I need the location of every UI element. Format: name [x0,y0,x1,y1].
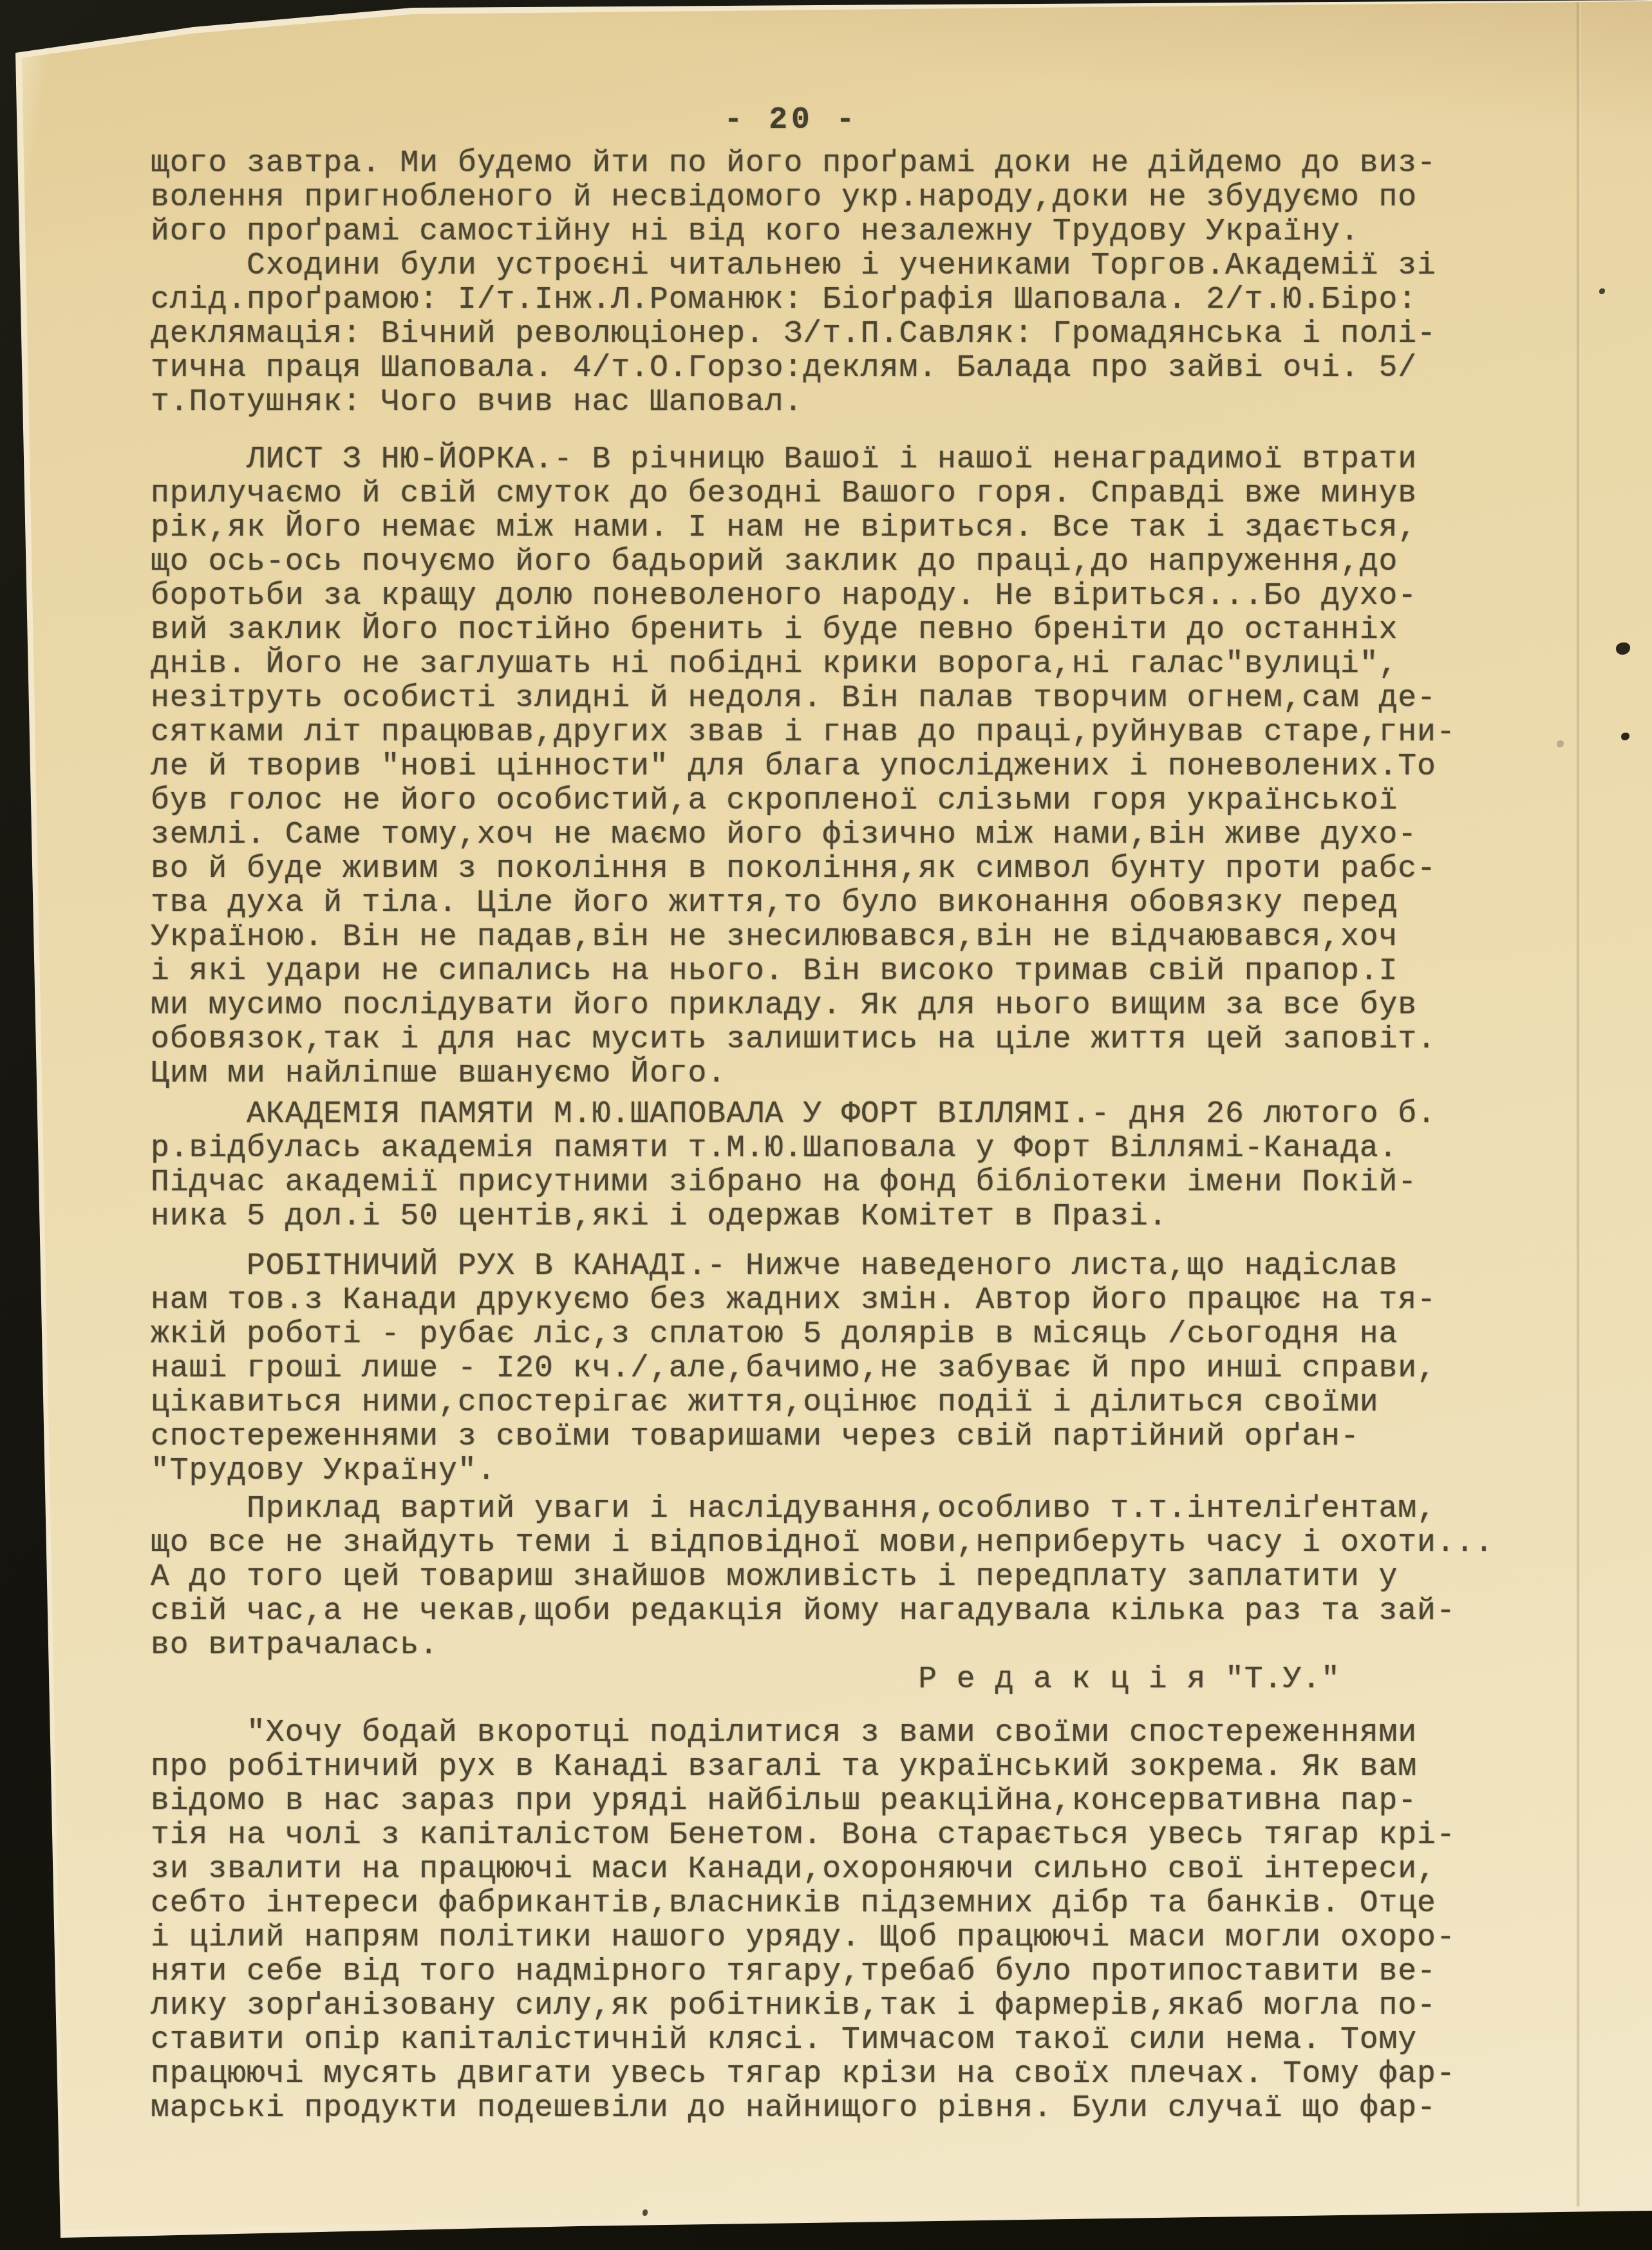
paper-blemish [1557,740,1564,747]
text-line: його проґрамі самостійну ні від кого нез… [151,215,1561,249]
paragraph-letter-quote: "Хочу бодай вкоротці поділитися з вами с… [151,1716,1561,2126]
text-line: ставити опір капіталістичній клясі. Тимч… [151,2023,1561,2058]
paragraph-academy-fort-william: АКАДЕМІЯ ПАМЯТИ М.Ю.ШАПОВАЛА У ФОРТ ВІЛЛ… [151,1098,1561,1234]
text-line: наші гроші лише - І20 кч./,але,бачимо,не… [151,1352,1561,1386]
text-line: Р е д а к ц і я "Т.У." [151,1663,1561,1697]
text-line: рік,як Його немає між нами. І нам не вір… [151,511,1561,545]
text-line: лику зорґанізовану силу,як робітників,та… [151,1989,1561,2023]
text-line: ЛИСТ З НЮ-ЙОРКА.- В річницю Вашої і нашо… [151,443,1561,477]
text-line: А до того цей товариш знайшов можливість… [151,1561,1561,1595]
editorial-signature: Р е д а к ц і я "Т.У." [151,1663,1561,1697]
text-line: деклямація: Вічний революціонер. З/т.П.С… [151,317,1561,352]
text-line: во витрачалась. [151,1629,1561,1663]
text-line: жкій роботі - рубає ліс,з сплатою 5 доля… [151,1318,1561,1352]
text-line: Підчас академії присутними зібрано на фо… [151,1166,1561,1200]
paragraph-example-worthy: Приклад вартий уваги і наслідування,особ… [151,1492,1561,1663]
text-line: марські продукти подешевіли до найнищого… [151,2092,1561,2126]
text-line: т.Потушняк: Чого вчив нас Шаповал. [151,386,1561,420]
text-line: няти себе від того надмірного тягару,тре… [151,1955,1561,1989]
text-line: Цим ми найліпше вшануємо Його. [151,1057,1561,1091]
paragraph-letter-from-new-york: ЛИСТ З НЮ-ЙОРКА.- В річницю Вашої і нашо… [151,443,1561,1091]
ink-speck [1616,642,1630,655]
text-line: працюючі мусять двигати увесь тягар кріз… [151,2058,1561,2092]
text-line: незітруть особисті злидні й недоля. Він … [151,682,1561,716]
ink-speck [1621,733,1629,740]
text-line: ми мусимо послідувати його прикладу. Як … [151,989,1561,1023]
text-line: був голос не його особистий,а скропленої… [151,784,1561,818]
text-line: обовязок,так і для нас мусить залишитись… [151,1023,1561,1057]
text-line: Сходини були устроєні читальнею і ученик… [151,249,1561,283]
text-line: спостереженнями з своїми товаришами чере… [151,1420,1561,1454]
ink-speck [1599,288,1605,294]
text-line: відомо в нас зараз при уряді найбільш ре… [151,1785,1561,1819]
text-line: РОБІТНИЧИЙ РУХ В КАНАДІ.- Нижче наведено… [151,1250,1561,1284]
paragraph-workers-movement-canada: РОБІТНИЧИЙ РУХ В КАНАДІ.- Нижче наведено… [151,1250,1561,1488]
text-line: тія на чолі з капіталістом Бенетом. Вона… [151,1819,1561,1853]
text-line: і цілий напрям політики нашого уряду. Що… [151,1921,1561,1955]
text-line: Україною. Він не падав,він не знесилював… [151,921,1561,955]
text-line: сятками літ працював,других звав і гнав … [151,716,1561,750]
text-line: щого завтра. Ми будемо йти по його проґр… [151,147,1561,181]
text-line: Приклад вартий уваги і наслідування,особ… [151,1492,1561,1526]
text-line: слід.проґрамою: І/т.Інж.Л.Романюк: Біоґр… [151,283,1561,317]
text-line: вий заклик Його постійно бренить і буде … [151,614,1561,648]
text-line: що ось-ось почуємо його бадьорий заклик … [151,545,1561,579]
text-line: тва духа й тіла. Ціле його життя,то було… [151,886,1561,921]
text-line: ника 5 дол.і 50 центів,які і одержав Ком… [151,1200,1561,1234]
text-line: р.відбулась академія памяти т.М.Ю.Шапова… [151,1132,1561,1166]
text-line: зи звалити на працюючі маси Канади,охоро… [151,1853,1561,1887]
text-line: і які удари не сипались на нього. Він ви… [151,955,1561,989]
text-line: волення пригнобленого й несвідомого укр.… [151,181,1561,215]
paragraph-skhodyny-program: Сходини були устроєні читальнею і ученик… [151,249,1561,420]
text-line: прилучаємо й свій смуток до безодні Вашо… [151,477,1561,511]
text-line: землі. Саме тому,хоч не маємо його фізич… [151,818,1561,852]
scanned-page: - 20 - щого завтра. Ми будемо йти по йог… [0,0,1652,2250]
text-line: ле й творив "нові цінности" для блага уп… [151,750,1561,784]
text-line: во й буде живим з покоління в покоління,… [151,852,1561,886]
text-line: себто інтереси фабрикантів,власників під… [151,1887,1561,1921]
ink-speck [643,2209,648,2216]
text-line: АКАДЕМІЯ ПАМЯТИ М.Ю.ШАПОВАЛА У ФОРТ ВІЛЛ… [151,1098,1561,1132]
text-line: боротьби за кращу долю поневоленого наро… [151,579,1561,614]
page-number: - 20 - [151,103,1432,138]
paragraph-opening: щого завтра. Ми будемо йти по його проґр… [151,147,1561,249]
text-line: "Хочу бодай вкоротці поділитися з вами с… [151,1716,1561,1750]
text-line: "Трудову Україну". [151,1454,1561,1488]
paper-crease [1576,0,1581,2215]
text-line: днів. Його не заглушать ні побідні крики… [151,648,1561,682]
text-line: тична праця Шаповала. 4/т.О.Горзо:деклям… [151,352,1561,386]
text-line: свій час,а не чекав,щоби редакція йому н… [151,1595,1561,1629]
typed-text-block: щого завтра. Ми будемо йти по його проґр… [151,147,1561,2126]
text-line: що все не знайдуть теми і відповідної мо… [151,1526,1561,1561]
text-line: нам тов.з Канади друкуємо без жадних змі… [151,1284,1561,1318]
text-line: цікавиться ними,спостерігає життя,оцінює… [151,1386,1561,1420]
text-line: про робітничий рух в Канаді взагалі та у… [151,1750,1561,1785]
